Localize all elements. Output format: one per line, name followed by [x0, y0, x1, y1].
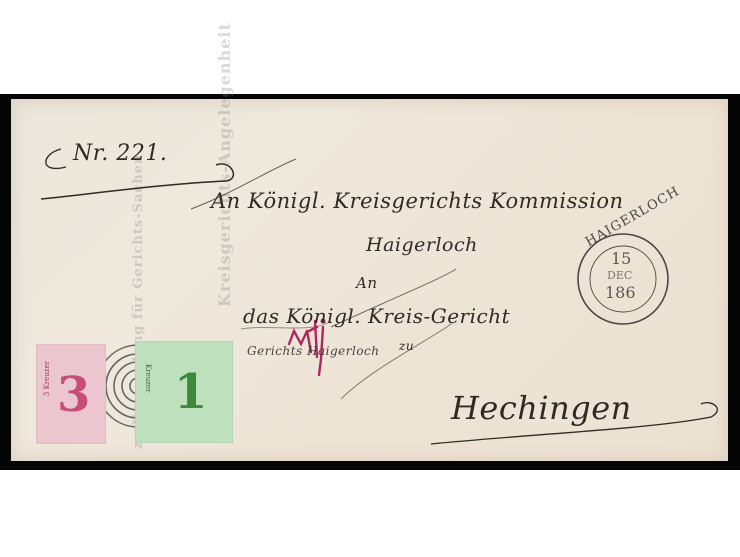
sender-note: Gerichts Haigerloch [247, 344, 380, 358]
place-prefix: zu [399, 339, 414, 353]
postmark-year: 186 [605, 283, 636, 302]
stamp-3-kreuzer: 3 Kreuzer 3 [36, 344, 106, 444]
reference-number: Nr. 221. [73, 141, 167, 166]
address-line-4: das Königl. Kreis-Gericht [243, 304, 510, 328]
postal-cover: zu Verwendung für Gerichts-Sachen Kreisg… [11, 99, 728, 461]
stamp-1-kreuzer: Kreuzer 1 [135, 341, 233, 443]
address-line-1: An Königl. Kreisgerichts Kommission [211, 189, 624, 213]
postmark-month: DEC [607, 269, 632, 282]
postmark-day: 15 [611, 249, 631, 268]
address-line-2: Haigerloch [366, 234, 478, 256]
address-line-3-prefix: An [356, 274, 378, 292]
destination: Hechingen [451, 389, 632, 427]
stamp-3-numeral: 3 [57, 367, 90, 423]
stamp-1-side-label: Kreuzer [144, 364, 152, 392]
stamp-1-numeral: 1 [174, 364, 207, 420]
stamp-3-side-label: 3 Kreuzer [43, 361, 51, 396]
